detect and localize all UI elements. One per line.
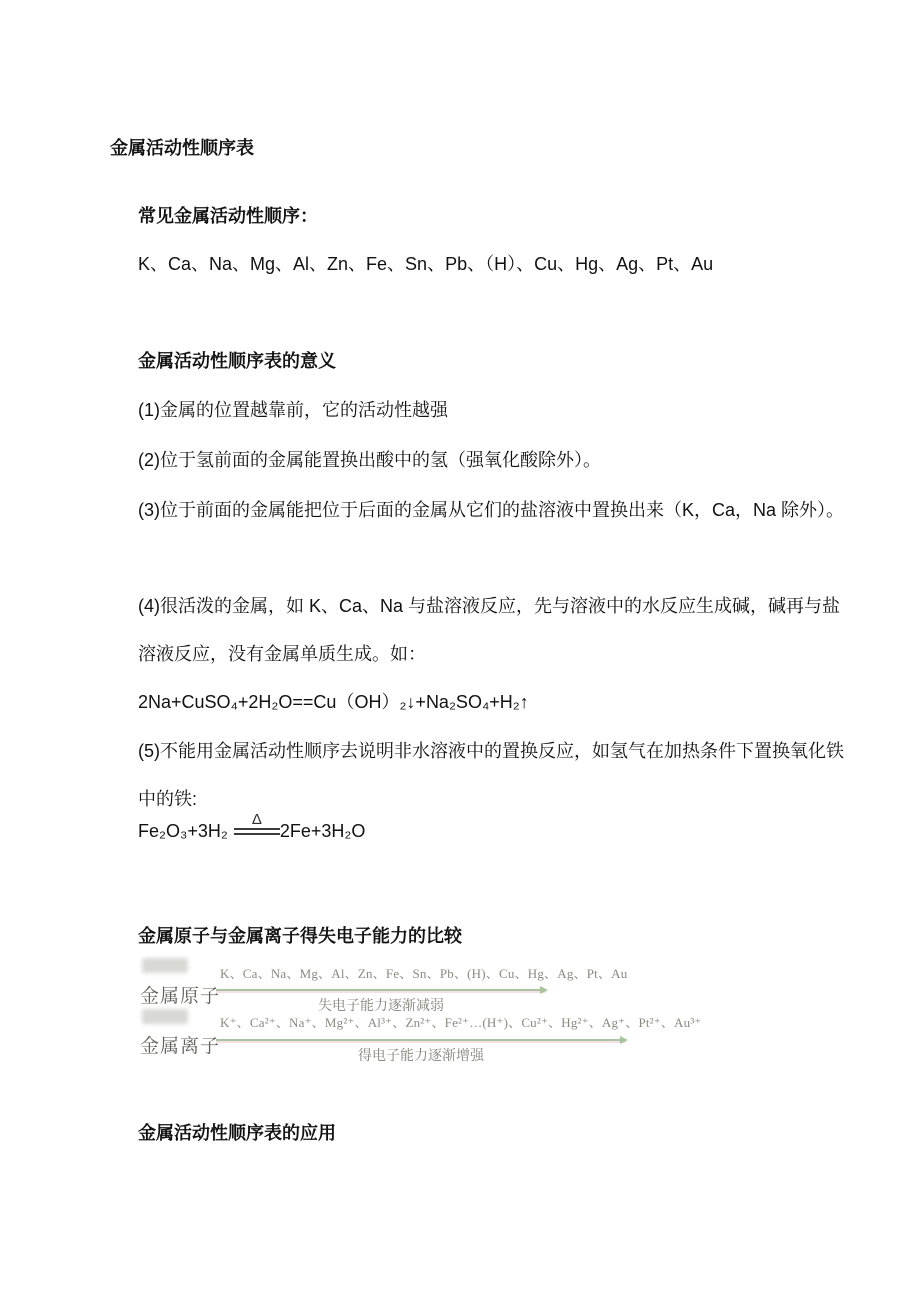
metal-ions-label: 金属离子 <box>140 1031 220 1058</box>
significance-item-3: (3)位于前面的金属能把位于后面的金属从它们的盐溶液中置换出来（K，Ca，Na … <box>138 499 844 521</box>
significance-item-5-line-1: (5)不能用金属活动性顺序去说明非水溶液中的置换反应，如氢气在加热条件下置换氧化… <box>138 740 844 762</box>
equation-left-side: Fe₂O₃+3H₂ <box>138 820 228 842</box>
ion-series-text: K⁺、Ca²⁺、Na⁺、Mg²⁺、Al³⁺、Zn²⁺、Fe²⁺…(H⁺)、Cu²… <box>220 1012 702 1031</box>
scan-smudge <box>142 1009 188 1024</box>
atom-series-text: K、Ca、Na、Mg、Al、Zn、Fe、Sn、Pb、(H)、Cu、Hg、Ag、P… <box>220 963 627 982</box>
document-page: 金属活动性顺序表 常见金属活动性顺序： K、Ca、Na、Mg、Al、Zn、Fe、… <box>0 0 920 1302</box>
arrow-right-icon <box>540 986 548 994</box>
significance-item-2: (2)位于氢前面的金属能置换出酸中的氢（强氧化酸除外）。 <box>138 449 601 471</box>
significance-item-4-line-1: (4)很活泼的金属，如 K、Ca、Na 与盐溶液反应，先与溶液中的水反应生成碱，… <box>138 595 840 617</box>
gain-electron-caption: 得电子能力逐渐增强 <box>216 1045 626 1065</box>
heat-delta-icon: Δ <box>252 812 262 827</box>
significance-item-1: (1)金属的位置越靠前，它的活动性越强 <box>138 399 448 421</box>
heading-electron-comparison: 金属原子与金属离子得失电子能力的比较 <box>138 925 462 947</box>
significance-item-5-line-2: 中的铁: <box>138 788 197 810</box>
equation-sodium-coppersulfate: 2Na+CuSO₄+2H₂O==Cu（OH）₂↓+Na₂SO₄+H₂↑ <box>138 691 529 713</box>
metal-atoms-label: 金属原子 <box>140 981 220 1008</box>
heading-application: 金属活动性顺序表的应用 <box>138 1122 336 1144</box>
arrow-right-icon <box>620 1036 628 1044</box>
activity-series-text: K、Ca、Na、Mg、Al、Zn、Fe、Sn、Pb、（H）、Cu、Hg、Ag、P… <box>138 253 713 275</box>
significance-item-4-line-2: 溶液反应，没有金属单质生成。如： <box>138 643 426 665</box>
equation-iron-oxide-reduction: Fe₂O₃+3H₂ Δ 2Fe+3H₂O <box>138 812 365 842</box>
equation-right-side: 2Fe+3H₂O <box>280 820 366 842</box>
heading-significance: 金属活动性顺序表的意义 <box>138 350 336 372</box>
heading-common-order: 常见金属活动性顺序： <box>138 205 318 227</box>
reaction-condition: Δ <box>234 812 280 835</box>
doc-title: 金属活动性顺序表 <box>110 137 254 159</box>
reaction-equals-line <box>234 828 280 835</box>
electron-transfer-figure: 金属原子 K、Ca、Na、Mg、Al、Zn、Fe、Sn、Pb、(H)、Cu、Hg… <box>140 955 720 1080</box>
atom-arrow-line <box>216 989 546 991</box>
ion-arrow-line <box>216 1039 626 1041</box>
scan-smudge <box>142 958 188 973</box>
